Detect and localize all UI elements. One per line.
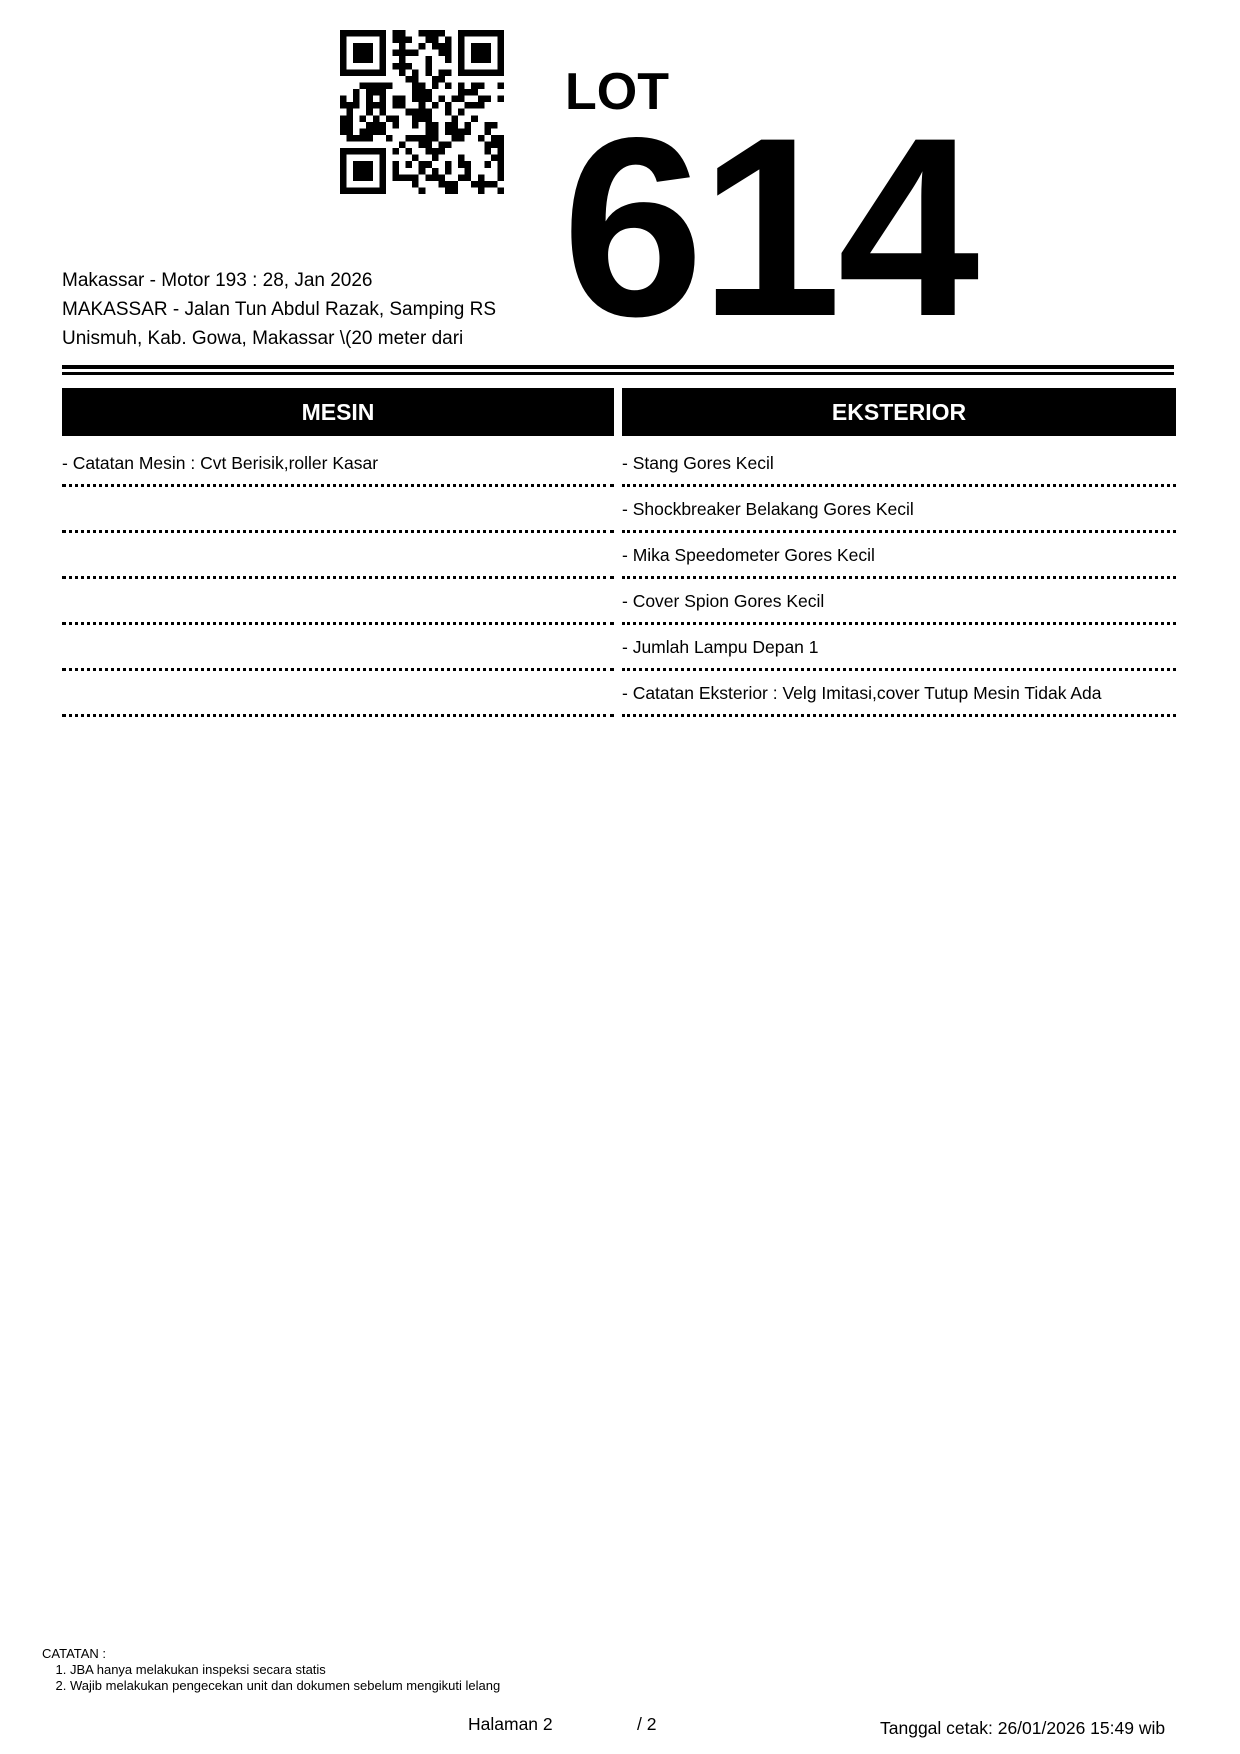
mesin-header: MESIN: [62, 388, 614, 436]
mesin-section: MESIN - Catatan Mesin : Cvt Berisik,roll…: [62, 388, 614, 717]
eksterior-item-text: - Mika Speedometer Gores Kecil: [622, 545, 875, 566]
eksterior-item-text: - Jumlah Lampu Depan 1: [622, 637, 819, 658]
eksterior-item-text: - Cover Spion Gores Kecil: [622, 591, 824, 612]
eksterior-item-text: - Catatan Eksterior : Velg Imitasi,cover…: [622, 683, 1102, 704]
eksterior-item: - Cover Spion Gores Kecil: [622, 579, 1176, 625]
auction-address-line-2: Unismuh, Kab. Gowa, Makassar \(20 meter …: [62, 324, 562, 353]
mesin-item: - Catatan Mesin : Cvt Berisik,roller Kas…: [62, 441, 614, 487]
mesin-item: [62, 533, 614, 579]
print-date: Tanggal cetak: 26/01/2026 15:49 wib: [880, 1718, 1165, 1739]
lot-number: 614: [562, 100, 975, 355]
header-divider: [62, 365, 1174, 375]
notes: CATATAN : JBA hanya melakukan inspeksi s…: [42, 1646, 500, 1694]
mesin-item: [62, 625, 614, 671]
auction-address-line-1: MAKASSAR - Jalan Tun Abdul Razak, Sampin…: [62, 295, 562, 324]
mesin-item: [62, 487, 614, 533]
dotted-divider: [62, 714, 614, 717]
eksterior-item: - Shockbreaker Belakang Gores Kecil: [622, 487, 1176, 533]
auction-event: Makassar - Motor 193 : 28, Jan 2026: [62, 266, 562, 295]
eksterior-item-text: - Stang Gores Kecil: [622, 453, 774, 474]
eksterior-item: - Stang Gores Kecil: [622, 441, 1176, 487]
auction-info: Makassar - Motor 193 : 28, Jan 2026 MAKA…: [62, 266, 562, 353]
eksterior-header: EKSTERIOR: [622, 388, 1176, 436]
qr-code-icon: [340, 30, 504, 194]
eksterior-item: - Mika Speedometer Gores Kecil: [622, 533, 1176, 579]
page-label: Halaman 2: [468, 1714, 553, 1735]
mesin-item-text: - Catatan Mesin : Cvt Berisik,roller Kas…: [62, 453, 378, 474]
notes-title: CATATAN :: [42, 1646, 500, 1662]
eksterior-item: - Catatan Eksterior : Velg Imitasi,cover…: [622, 671, 1176, 717]
eksterior-section: EKSTERIOR - Stang Gores Kecil- Shockbrea…: [622, 388, 1176, 717]
dotted-divider: [622, 714, 1176, 717]
mesin-item: [62, 579, 614, 625]
mesin-item: [62, 671, 614, 717]
eksterior-item-text: - Shockbreaker Belakang Gores Kecil: [622, 499, 914, 520]
note-item: JBA hanya melakukan inspeksi secara stat…: [70, 1662, 500, 1678]
note-item: Wajib melakukan pengecekan unit dan doku…: [70, 1678, 500, 1694]
eksterior-item: - Jumlah Lampu Depan 1: [622, 625, 1176, 671]
page-total: / 2: [637, 1714, 656, 1735]
